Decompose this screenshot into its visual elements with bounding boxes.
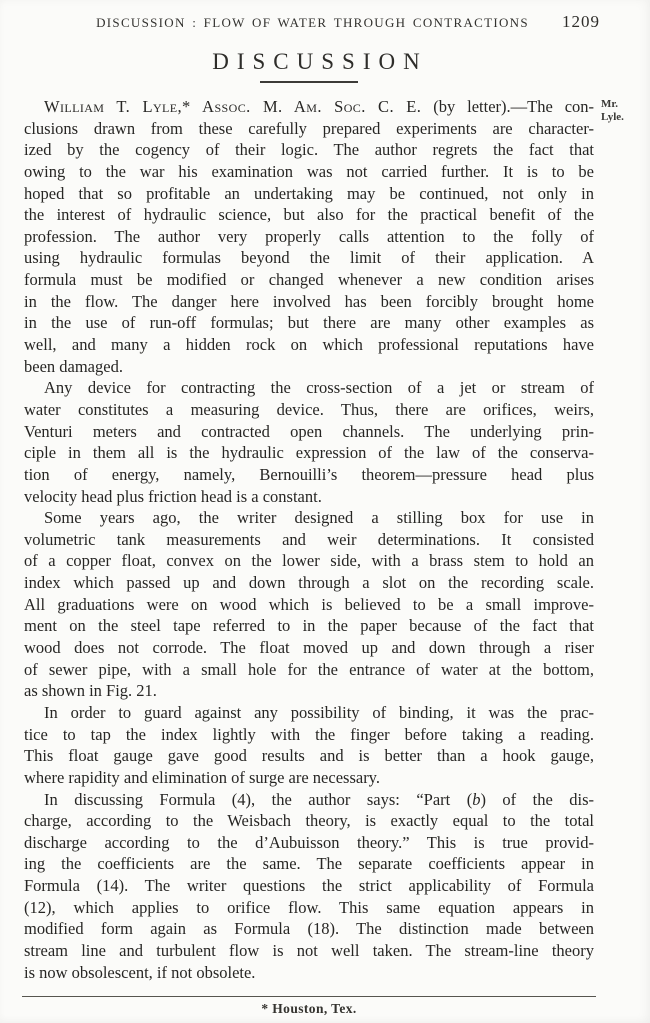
footnote-rule [22, 996, 596, 997]
text-line: wood does not corrode. The float moved u… [24, 637, 594, 659]
text-line: of a copper float, convex on the lower s… [24, 550, 594, 572]
text-line: In discussing Formula (4), the author sa… [24, 789, 594, 811]
text-line: (12), which applies to orifice flow. Thi… [24, 897, 594, 919]
text-line: clusions drawn from these carefully prep… [24, 118, 594, 140]
text-line: where rapidity and elimination of surge … [24, 767, 594, 789]
margin-note-line: Lyle. [601, 111, 648, 124]
text-line: water constitutes a measuring device. Th… [24, 399, 594, 421]
text-line: well, and many a hidden rock on which pr… [24, 334, 594, 356]
text-line: Some years ago, the writer designed a st… [24, 507, 594, 529]
text-block: William T. Lyle,* Assoc. M. Am. Soc. C. … [24, 96, 594, 983]
paragraph: Any device for contracting the cross-sec… [24, 377, 594, 507]
text-line: velocity head plus friction head is a co… [24, 486, 594, 508]
text-line: the interest of hydraulic science, but a… [24, 204, 594, 226]
text-line: discharge according to the d’Aubuisson t… [24, 832, 594, 854]
text-line: charge, according to the Weisbach theory… [24, 810, 594, 832]
title-rule [260, 81, 358, 83]
text-line: Venturi meters and contracted open chann… [24, 421, 594, 443]
text-line: ing the coefficients are the same. The s… [24, 853, 594, 875]
text-line: ized by the cogency of their logic. The … [24, 139, 594, 161]
text-line: of sewer pipe, with a small hole for the… [24, 659, 594, 681]
text-line: index which passed up and down through a… [24, 572, 594, 594]
running-title: DISCUSSION : FLOW OF WATER THROUGH CONTR… [75, 15, 550, 31]
text-line: owing to the war his examination was not… [24, 161, 594, 183]
text-line: ciple in them all is the hydraulic expre… [24, 442, 594, 464]
text-line: as shown in Fig. 21. [24, 680, 594, 702]
text-line: is now obsolescent, if not obsolete. [24, 962, 594, 984]
text-line: using hydraulic formulas beyond the limi… [24, 247, 594, 269]
text-line: volumetric tank measurements and weir de… [24, 529, 594, 551]
paragraph: In discussing Formula (4), the author sa… [24, 789, 594, 984]
footnote: * Houston, Tex. [24, 1001, 594, 1017]
margin-note: Mr. Lyle. [601, 98, 648, 124]
margin-note-line: Mr. [601, 98, 648, 111]
section-title: DISCUSSION [0, 49, 640, 75]
text-line: in the use of run-off formulas; but ther… [24, 312, 594, 334]
text-line: formula must be modified or changed when… [24, 269, 594, 291]
text-line: modified form again as Formula (18). The… [24, 918, 594, 940]
page-number: 1209 [562, 12, 600, 32]
text-line: In order to guard against any possibilit… [24, 702, 594, 724]
text-line: in the flow. The danger here involved ha… [24, 291, 594, 313]
text-line: tice to tap the index lightly with the f… [24, 724, 594, 746]
text-line: hoped that so profitable an undertaking … [24, 183, 594, 205]
text-line: been damaged. [24, 356, 594, 378]
paragraph: William T. Lyle,* Assoc. M. Am. Soc. C. … [24, 96, 594, 377]
text-line: William T. Lyle,* Assoc. M. Am. Soc. C. … [24, 96, 594, 118]
text-line: tion of energy, namely, Bernouilli’s the… [24, 464, 594, 486]
text-line: This float gauge gave good results and i… [24, 745, 594, 767]
text-line: All graduations were on wood which is be… [24, 594, 594, 616]
text-line: Any device for contracting the cross-sec… [24, 377, 594, 399]
paragraph: Some years ago, the writer designed a st… [24, 507, 594, 702]
paragraph: In order to guard against any possibilit… [24, 702, 594, 789]
text-line: profession. The author very properly cal… [24, 226, 594, 248]
text-line: stream line and turbulent flow is not we… [24, 940, 594, 962]
text-line: ment on the steel tape referred to in th… [24, 615, 594, 637]
text-line: Formula (14). The writer questions the s… [24, 875, 594, 897]
